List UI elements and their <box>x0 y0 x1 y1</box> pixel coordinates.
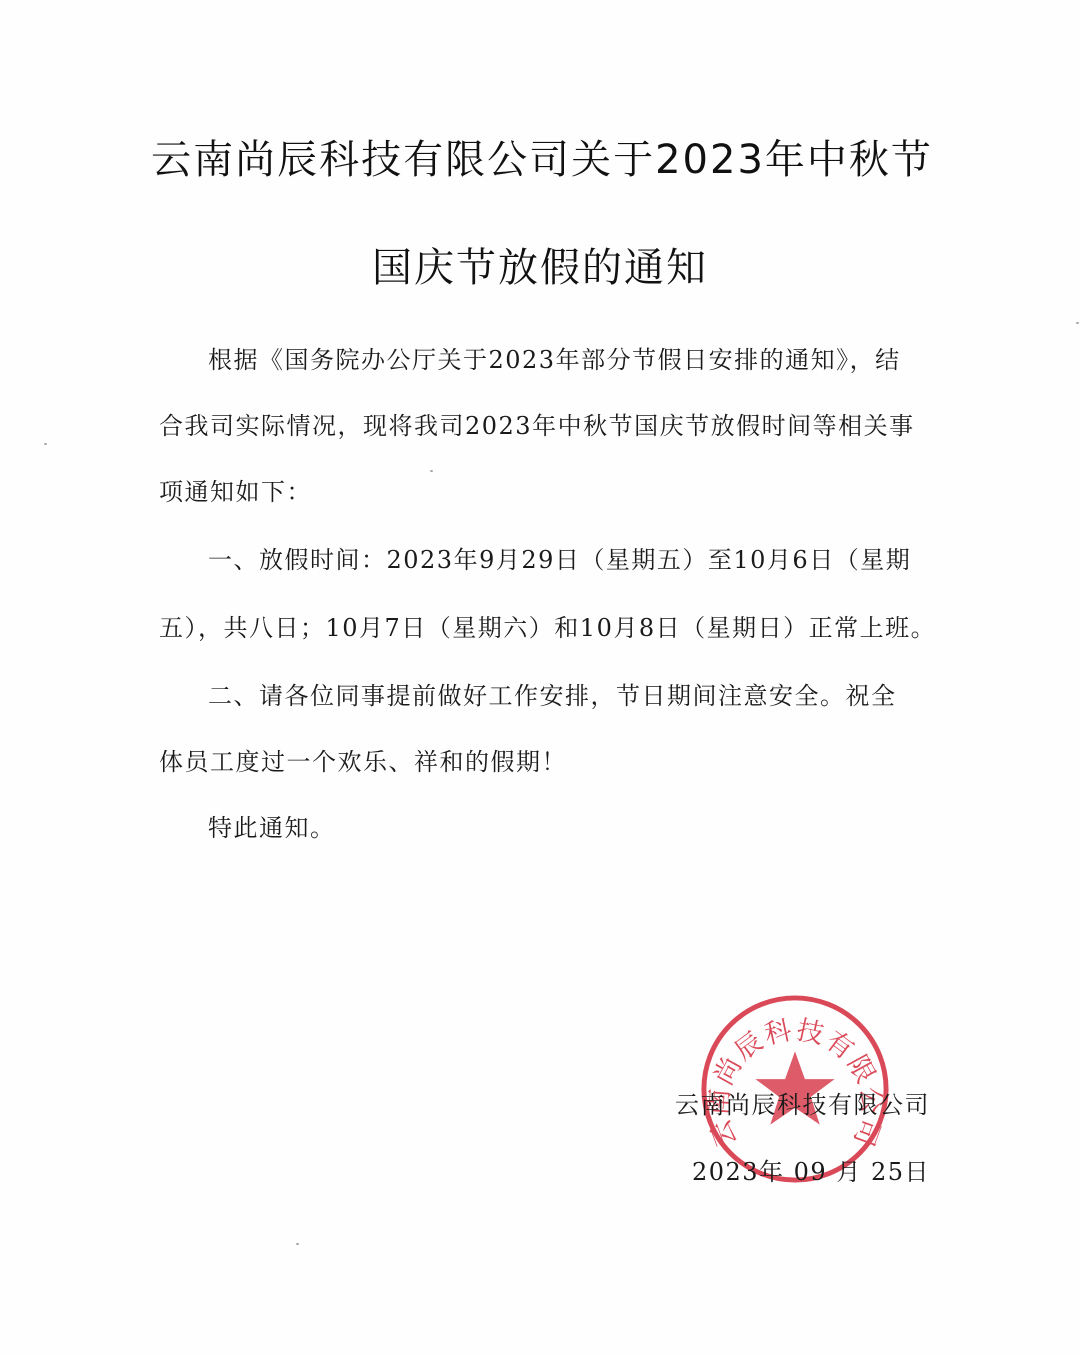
paragraph-1-line-3: 项通知如下： <box>159 472 312 507</box>
document-page: 云南尚辰科技有限公司关于2023年中秋节 国庆节放假的通知 根据《国务院办公厅关… <box>0 0 1080 1354</box>
paragraph-3-line-1: 二、请各位同事提前做好工作安排，节日期间注意安全。祝全 <box>208 676 897 711</box>
signature-company: 云南尚辰科技有限公司 <box>675 1085 930 1120</box>
paragraph-1-line-1: 根据《国务院办公厅关于2023年部分节假日安排的通知》，结 <box>208 340 901 375</box>
paper-speck <box>296 1243 299 1245</box>
svg-text:云南尚辰科技有限公司: 云南尚辰科技有限公司 <box>703 1015 887 1152</box>
paragraph-2-line-1: 一、放假时间：2023年9月29日（星期五）至10月6日（星期 <box>208 540 911 575</box>
signature-date: 2023年 09 月 25日 <box>692 1152 930 1187</box>
document-title-line-2: 国庆节放假的通知 <box>0 236 1080 293</box>
paragraph-1-line-2: 合我司实际情况，现将我司2023年中秋节国庆节放假时间等相关事 <box>159 406 915 441</box>
seal-text: 云南尚辰科技有限公司 <box>703 1015 887 1152</box>
paper-speck <box>1076 322 1079 324</box>
paragraph-closing: 特此通知。 <box>208 808 336 843</box>
paragraph-3-line-2: 体员工度过一个欢乐、祥和的假期！ <box>159 742 567 777</box>
paper-speck <box>44 443 47 445</box>
paragraph-2-line-2: 五），共八日；10月7日（星期六）和10月8日（星期日）正常上班。 <box>159 608 936 643</box>
document-title-line-1: 云南尚辰科技有限公司关于2023年中秋节 <box>2 128 1080 185</box>
paper-speck <box>430 470 433 472</box>
